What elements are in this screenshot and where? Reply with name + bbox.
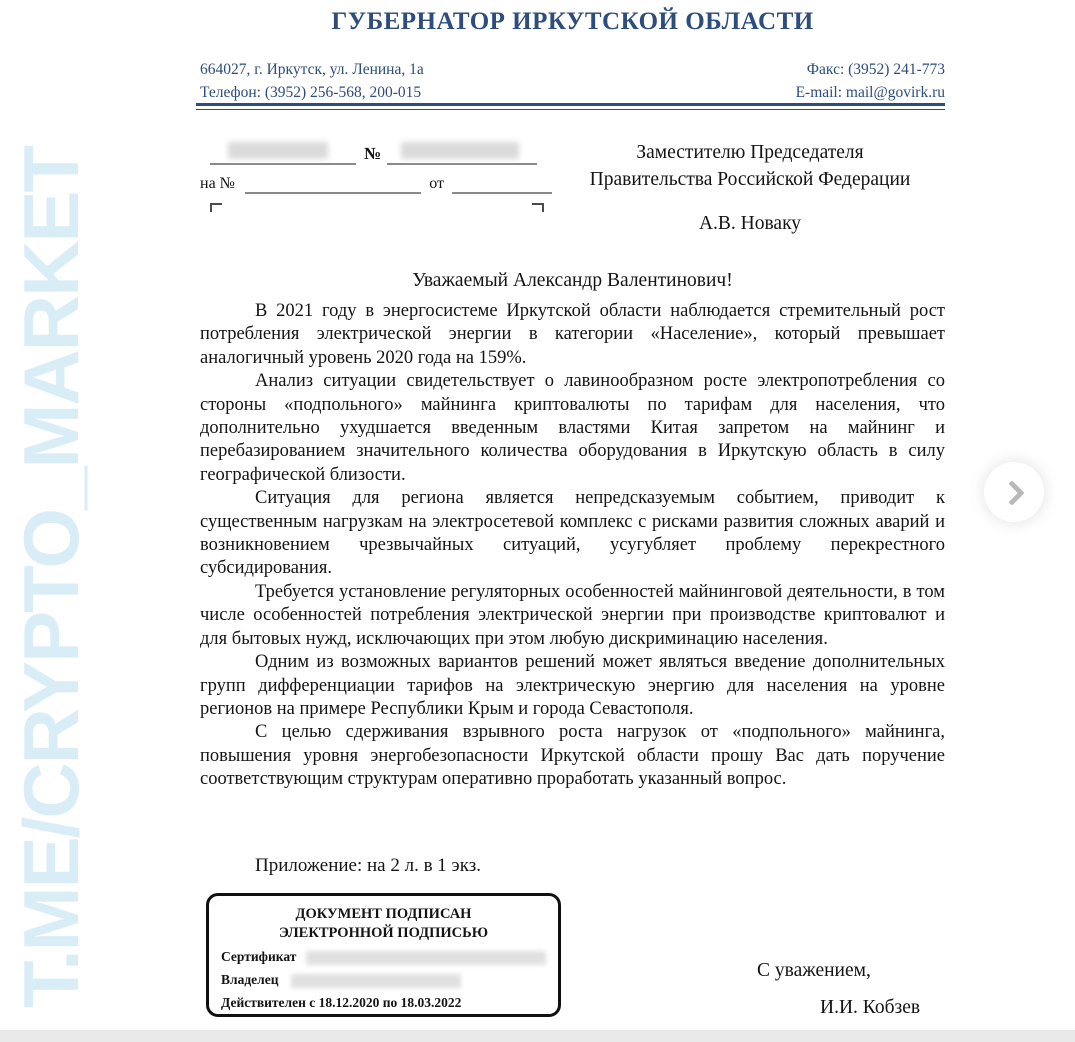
signature-name: И.И. Кобзев — [820, 997, 920, 1019]
date-field — [210, 139, 356, 165]
reply-number-field — [245, 168, 421, 194]
validity-text: Действителен с 18.12.2020 по 18.03.2022 — [221, 995, 461, 1010]
paragraph: Одним из возможных вариантов решений мож… — [200, 651, 945, 721]
number-sign-label: № — [356, 144, 387, 165]
redacted-number — [401, 142, 519, 159]
paragraph: Ситуация для региона является непредсказ… — [200, 487, 945, 581]
signature-closing: С уважением, — [757, 960, 871, 982]
e-signature-stamp: ДОКУМЕНТ ПОДПИСАН ЭЛЕКТРОННОЙ ПОДПИСЬЮ С… — [206, 893, 561, 1017]
next-image-button[interactable] — [984, 462, 1044, 522]
sender-fax: Факс: (3952) 241-773 — [796, 58, 945, 81]
from-label: от — [429, 175, 444, 194]
owner-row: Владелец — [221, 972, 558, 989]
certificate-row: Сертификат — [221, 949, 558, 966]
salutation: Уважаемый Александр Валентинович! — [200, 270, 945, 292]
contact-right: Факс: (3952) 241-773 E-mail: mail@govirk… — [796, 58, 945, 104]
address-zone-corners — [210, 203, 544, 213]
stamp-title-line2: ЭЛЕКТРОННОЙ ПОДПИСЬЮ — [209, 924, 558, 943]
recipient-line1: Заместителю Председателя — [552, 139, 948, 166]
contact-left: 664027, г. Иркутск, ул. Ленина, 1а Телеф… — [200, 58, 424, 104]
letter-body: В 2021 году в энергосистеме Иркутской об… — [200, 300, 945, 792]
letterhead-divider — [196, 103, 945, 110]
letter-page: T.ME/CRYPTO_MARKET ГУБЕРНАТОР ИРКУТСКОЙ … — [0, 0, 1075, 1042]
redacted-owner — [291, 974, 461, 988]
sender-email: E-mail: mail@govirk.ru — [796, 81, 945, 104]
outgoing-number-field — [387, 139, 537, 165]
reference-zone: № на № от — [200, 136, 552, 194]
paragraph: Анализ ситуации свидетельствует о лавино… — [200, 370, 945, 487]
sender-phone: Телефон: (3952) 256-568, 200-015 — [200, 81, 424, 104]
paragraph: Требуется установление регуляторных особ… — [200, 581, 945, 651]
attachment-note: Приложение: на 2 л. в 1 экз. — [255, 855, 481, 877]
letterhead-contacts: 664027, г. Иркутск, ул. Ленина, 1а Телеф… — [200, 58, 945, 104]
sender-address: 664027, г. Иркутск, ул. Ленина, 1а — [200, 58, 424, 81]
reply-date-field — [452, 168, 552, 194]
validity-row: Действителен с 18.12.2020 по 18.03.2022 — [221, 995, 558, 1012]
corner-mark-right — [532, 203, 544, 212]
redacted-date — [228, 142, 328, 159]
certificate-label: Сертификат — [221, 949, 296, 964]
reply-reference-row: на № от — [200, 165, 552, 194]
recipient-line2: Правительства Российской Федерации — [552, 166, 948, 193]
paragraph: С целью сдерживания взрывного роста нагр… — [200, 721, 945, 791]
recipient-block: Заместителю Председателя Правительства Р… — [552, 139, 948, 237]
bottom-edge-bar — [0, 1030, 1075, 1042]
owner-label: Владелец — [221, 972, 279, 987]
on-number-label: на № — [200, 175, 235, 194]
channel-watermark: T.ME/CRYPTO_MARKET — [6, 147, 97, 1008]
stamp-title-line1: ДОКУМЕНТ ПОДПИСАН — [209, 905, 558, 924]
corner-mark-left — [210, 203, 222, 212]
paragraph: В 2021 году в энергосистеме Иркутской об… — [200, 300, 945, 370]
letterhead-title: ГУБЕРНАТОР ИРКУТСКОЙ ОБЛАСТИ — [200, 8, 945, 36]
chevron-right-icon — [999, 480, 1024, 505]
stamp-title: ДОКУМЕНТ ПОДПИСАН ЭЛЕКТРОННОЙ ПОДПИСЬЮ — [209, 905, 558, 943]
redacted-certificate — [306, 951, 546, 965]
date-number-row: № — [200, 136, 552, 165]
recipient-name: А.В. Новаку — [552, 210, 948, 237]
